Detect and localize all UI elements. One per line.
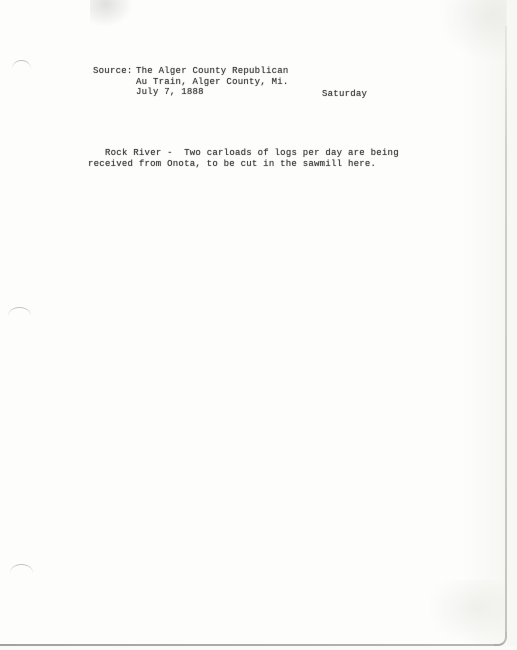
scanner-background-right — [507, 0, 517, 650]
scan-shading-right — [462, 0, 506, 650]
margin-arc-mark-top — [12, 60, 31, 69]
page-edge-right — [505, 26, 507, 636]
margin-arc-mark-bottom — [10, 564, 33, 573]
source-date: July 7, 1888 — [136, 87, 204, 98]
body-text-line-2: received from Onota, to be cut in the sa… — [88, 159, 376, 170]
source-publication: The Alger County Republican — [136, 66, 289, 77]
body-text-line-1: Rock River - Two carloads of logs per da… — [105, 148, 399, 159]
scanned-document-page: Source: The Alger County Republican Au T… — [0, 0, 517, 650]
scanner-background-bottom — [0, 646, 517, 650]
page-edge-bottom — [0, 644, 497, 646]
source-location: Au Train, Alger County, Mi. — [136, 77, 289, 88]
page-edge-corner — [494, 632, 507, 646]
source-day: Saturday — [322, 89, 367, 100]
scan-smudge-top-left — [90, 0, 134, 28]
scan-smudge-top-right — [440, 0, 510, 60]
margin-arc-mark-middle — [8, 307, 31, 316]
source-label: Source: — [93, 66, 133, 77]
